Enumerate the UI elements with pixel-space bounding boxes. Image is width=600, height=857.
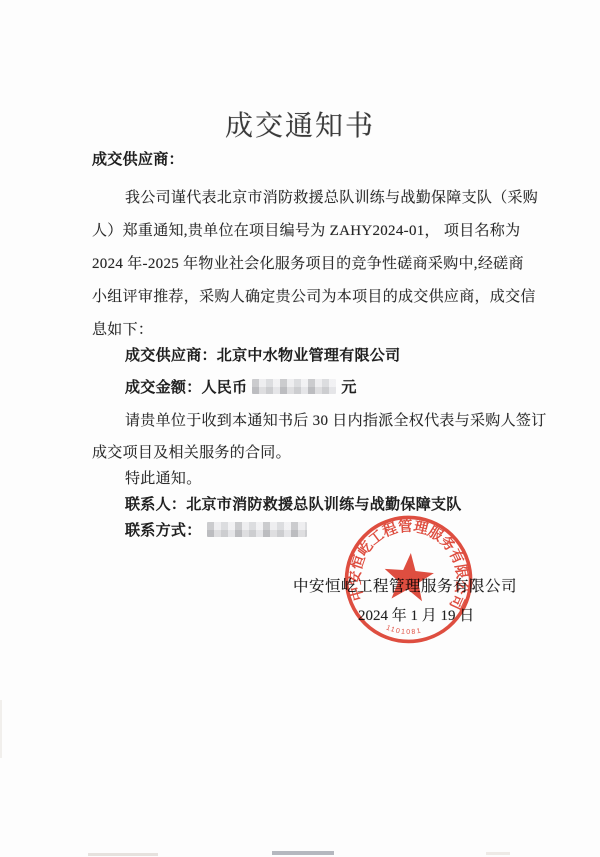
line-text: 我公司谨代表北京市消防救援总队训练与战勤保障支队（采购: [125, 190, 538, 206]
document-line: 特此通知。: [125, 471, 202, 488]
document-line: 成交供应商：: [92, 151, 184, 168]
line-text: 请贵单位于收到本通知书后 30 日内指派全权代表与采购人签订: [125, 413, 547, 429]
scan-artifact: [486, 852, 510, 855]
round-seal-icon: 中安恒屹工程管理服务有限公司 1101081: [334, 505, 484, 655]
document-line: 成交金额：人民币元: [125, 379, 357, 396]
star-icon: [382, 551, 435, 602]
scan-artifact: [272, 851, 334, 855]
line-text: 成交项目及相关服务的合同。: [92, 445, 291, 461]
line-text: 2024 年-2025 年物业社会化服务项目的竞争性磋商采购中,经磋商: [92, 256, 524, 272]
page-title: 成交通知书: [0, 104, 600, 144]
scan-artifact: [0, 700, 2, 758]
seal-code-digits: 1101081: [385, 624, 424, 637]
document-line: 人）郑重通知,贵单位在项目编号为 ZAHY2024-01， 项目名称为: [92, 223, 520, 240]
document-line: 小组评审推荐，采购人确定贵公司为本项目的成交供应商，成交信: [92, 289, 536, 306]
line-text: 小组评审推荐，采购人确定贵公司为本项目的成交供应商，成交信: [92, 289, 536, 305]
seal-code-text-wrap: 1101081: [385, 624, 424, 637]
scan-artifact: [88, 853, 158, 856]
line-text: 成交供应商：北京中水物业管理有限公司: [125, 347, 400, 364]
line-text: 成交供应商：: [92, 151, 184, 168]
document-line: 成交供应商：北京中水物业管理有限公司: [125, 347, 400, 364]
redaction-mosaic: [207, 522, 307, 537]
document-line: 联系方式：: [125, 522, 312, 539]
line-text: 息如下：: [92, 322, 153, 338]
document-line: 2024 年-2025 年物业社会化服务项目的竞争性磋商采购中,经磋商: [92, 256, 524, 273]
line-text: 成交金额：人民币: [125, 379, 247, 396]
line-text: 特此通知。: [125, 471, 202, 487]
redaction-mosaic: [252, 379, 336, 394]
line-text: 联系方式：: [125, 522, 202, 539]
document-line: 我公司谨代表北京市消防救援总队训练与战勤保障支队（采购: [125, 190, 538, 207]
scanned-document-page: 成交通知书 成交供应商：我公司谨代表北京市消防救援总队训练与战勤保障支队（采购人…: [0, 0, 600, 857]
document-line: 息如下：: [92, 322, 153, 339]
document-line: 成交项目及相关服务的合同。: [92, 445, 291, 462]
line-text: 人）郑重通知,贵单位在项目编号为 ZAHY2024-01， 项目名称为: [92, 223, 520, 239]
document-line: 请贵单位于收到本通知书后 30 日内指派全权代表与采购人签订: [125, 413, 547, 430]
line-suffix-text: 元: [341, 379, 356, 396]
company-seal-stamp: 中安恒屹工程管理服务有限公司 1101081: [334, 505, 484, 655]
